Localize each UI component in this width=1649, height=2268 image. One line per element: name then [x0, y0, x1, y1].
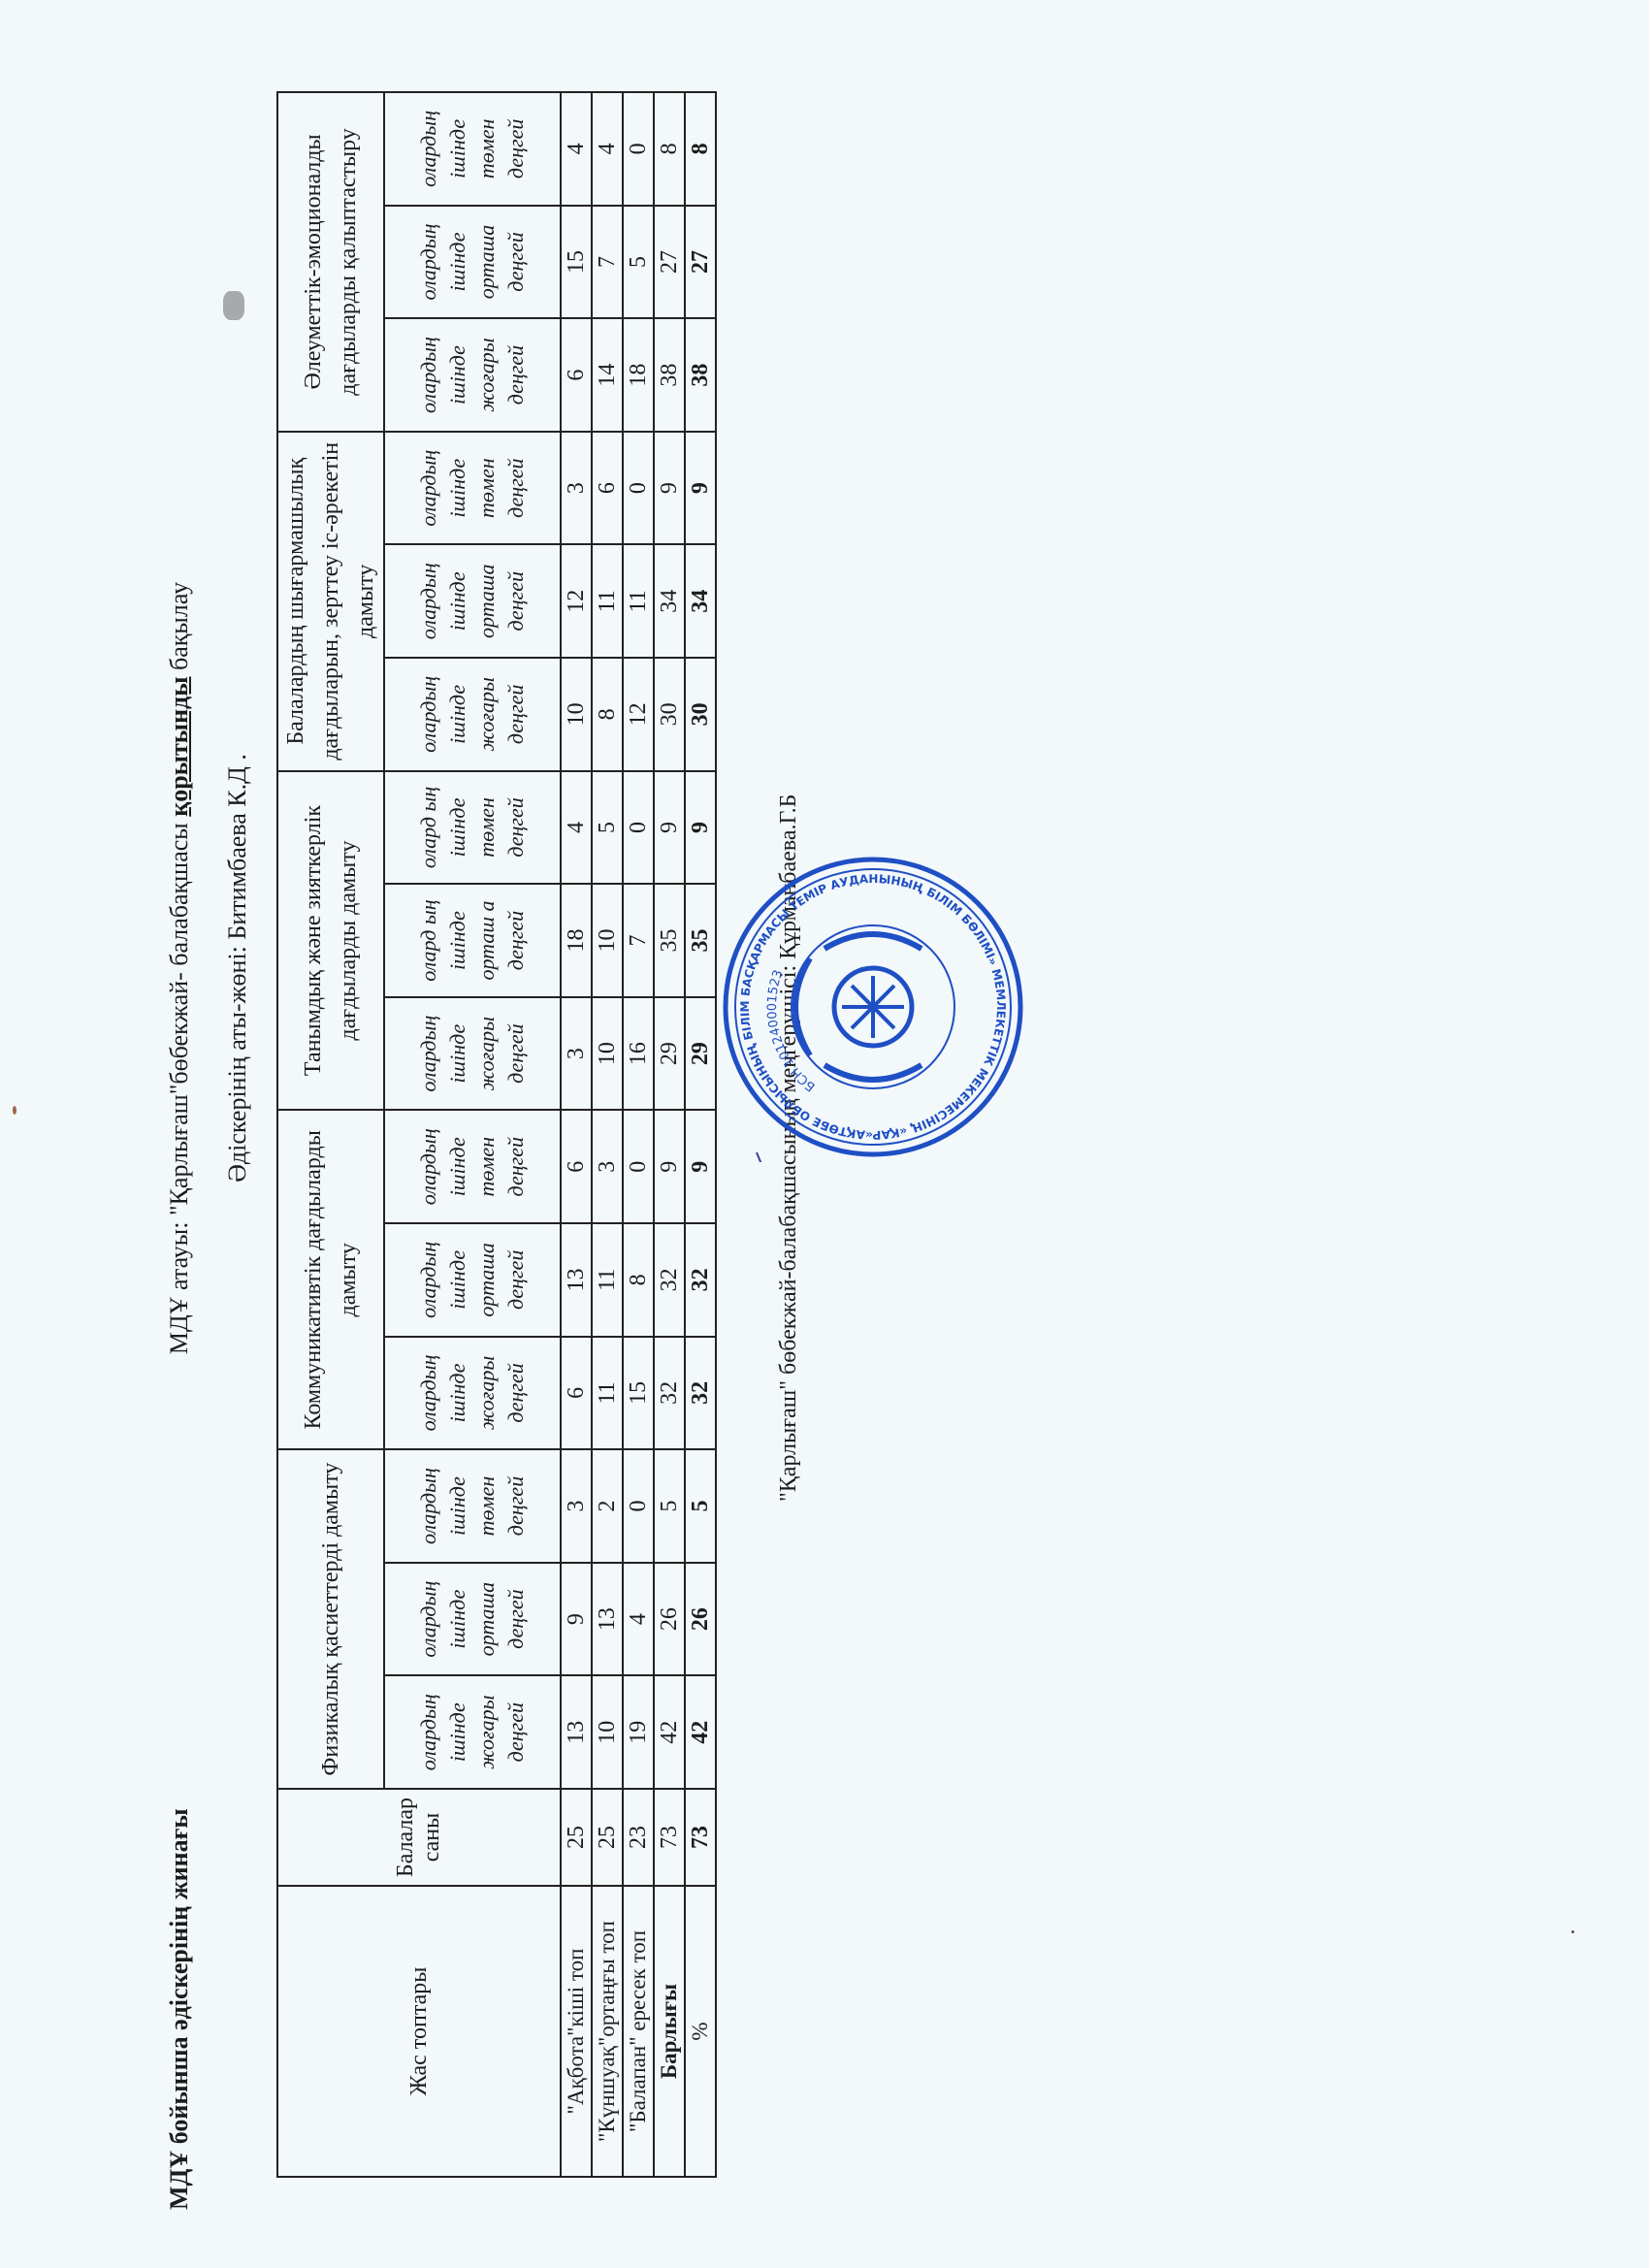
level-low-header: олардың ішінде төмен деңгей — [384, 92, 561, 206]
level-count-cell: 10 — [592, 997, 623, 1111]
level-count-cell: 32 — [654, 1337, 685, 1450]
age-group-header: Жас топтары — [277, 1886, 561, 2177]
level-count-cell: 15 — [623, 1337, 654, 1450]
table-row: "Балапан" ересек топ23194015801670121101… — [623, 92, 654, 2177]
level-low-header: олардың ішінде төмен деңгей — [384, 1110, 561, 1223]
group-header-physical: Физикалық қасиеттерді дамыту — [277, 1449, 384, 1789]
level-count-cell: 42 — [685, 1675, 716, 1789]
level-count-cell: 11 — [592, 1337, 623, 1450]
level-count-cell: 12 — [623, 658, 654, 771]
level-count-cell: 38 — [654, 318, 685, 432]
row-children-count: 73 — [654, 1789, 685, 1886]
level-count-cell: 29 — [685, 997, 716, 1111]
level-count-cell: 0 — [623, 1449, 654, 1563]
stamp-bin: БСН 101240001523 — [765, 968, 819, 1094]
level-count-cell: 34 — [654, 544, 685, 658]
level-count-cell: 3 — [561, 1449, 592, 1563]
level-count-cell: 30 — [654, 658, 685, 771]
level-count-cell: 8 — [654, 92, 685, 206]
row-children-count: 25 — [561, 1789, 592, 1886]
level-count-cell: 18 — [623, 318, 654, 432]
level-medium-header: олардың ішінде орташа деңгей — [384, 1223, 561, 1337]
level-count-cell: 18 — [561, 884, 592, 997]
level-high-header: олардың ішінде жоғары деңгей — [384, 658, 561, 771]
level-count-cell: 9 — [685, 771, 716, 885]
group-header-cognitive: Танымдық және зияткерлік дағдыларды дамы… — [277, 771, 384, 1111]
level-count-cell: 10 — [592, 1675, 623, 1789]
level-count-cell: 0 — [623, 1110, 654, 1223]
table-row: "Ақбота"кіші топ25139361363184101236154 — [561, 92, 592, 2177]
level-count-cell: 32 — [685, 1223, 716, 1337]
table-row: %734226532329293593034938278 — [685, 92, 716, 2177]
level-count-cell: 9 — [561, 1563, 592, 1676]
group-header-row: Жас топтары Балалар саны Физикалық қасие… — [277, 92, 384, 2177]
level-count-cell: 8 — [685, 92, 716, 206]
level-count-cell: 8 — [592, 658, 623, 771]
level-count-cell: 42 — [654, 1675, 685, 1789]
teacher-name-line: Әдіскерінің аты-жөні: Битимбаева К.Д . — [223, 289, 252, 1647]
level-count-cell: 2 — [592, 1449, 623, 1563]
level-medium-header: олард ың ішінде орташ а деңгей — [384, 884, 561, 997]
level-count-cell: 9 — [654, 432, 685, 545]
level-count-cell: 4 — [561, 92, 592, 206]
official-stamp-icon: «АҚТӨБЕ ОБЛЫСЫНЫҢ БІЛІМ БАСҚАРМАСЫ ТЕМІР… — [718, 852, 1028, 1162]
row-age-group: "Ақбота"кіші топ — [561, 1886, 592, 2177]
collection-heading: МДҰ бойынша әдіскерінің жинағы — [165, 1808, 194, 2210]
level-count-cell: 8 — [623, 1223, 654, 1337]
row-children-count: 73 — [685, 1789, 716, 1886]
level-count-cell: 9 — [685, 432, 716, 545]
level-count-cell: 34 — [685, 544, 716, 658]
level-count-cell: 19 — [623, 1675, 654, 1789]
level-count-cell: 5 — [592, 771, 623, 885]
level-low-header: олардың ішінде төмен деңгей — [384, 1449, 561, 1563]
row-children-count: 23 — [623, 1789, 654, 1886]
title-underlined: қорытынды — [165, 676, 193, 816]
level-count-cell: 38 — [685, 318, 716, 432]
level-count-cell: 6 — [561, 318, 592, 432]
svg-text:БСН 101240001523: БСН 101240001523 — [765, 968, 819, 1094]
level-count-cell: 10 — [561, 658, 592, 771]
level-high-header: олардың ішінде жоғары деңгей — [384, 997, 561, 1111]
level-count-cell: 12 — [561, 544, 592, 658]
row-age-group: "Балапан" ересек топ — [623, 1886, 654, 2177]
level-count-cell: 13 — [561, 1675, 592, 1789]
table-row: "Күншуақ"ортаңғы топ25101321111310105811… — [592, 92, 623, 2177]
group-header-communicative: Коммуникативтік дағдыларды дамыту — [277, 1110, 384, 1449]
level-count-cell: 11 — [592, 1223, 623, 1337]
level-count-cell: 32 — [685, 1337, 716, 1450]
level-count-cell: 0 — [623, 92, 654, 206]
document-title: МДҰ атауы: "Қарлығаш"бөбекжай- балабақша… — [165, 289, 194, 1647]
scan-speck — [1571, 1930, 1574, 1933]
level-high-header: олардың ішінде жоғары деңгей — [384, 1675, 561, 1789]
level-count-cell: 35 — [685, 884, 716, 997]
level-count-cell: 9 — [654, 1110, 685, 1223]
row-children-count: 25 — [592, 1789, 623, 1886]
scan-smudge — [223, 291, 244, 320]
level-count-cell: 7 — [592, 206, 623, 319]
level-medium-header: олардың ішінде орташа деңгей — [384, 1563, 561, 1676]
level-count-cell: 6 — [592, 432, 623, 545]
level-high-header: олардың ішінде жоғары деңгей — [384, 1337, 561, 1450]
level-count-cell: 15 — [561, 206, 592, 319]
level-count-cell: 4 — [623, 1563, 654, 1676]
level-count-cell: 5 — [685, 1449, 716, 1563]
table-row: Барлығы734226532329293593034938278 — [654, 92, 685, 2177]
level-count-cell: 5 — [654, 1449, 685, 1563]
level-count-cell: 35 — [654, 884, 685, 997]
level-count-cell: 30 — [685, 658, 716, 771]
row-age-group: Барлығы — [654, 1886, 685, 2177]
level-low-header: олардың ішінде төмен деңгей — [384, 432, 561, 545]
level-count-cell: 26 — [654, 1563, 685, 1676]
level-count-cell: 3 — [592, 1110, 623, 1223]
level-count-cell: 9 — [685, 1110, 716, 1223]
level-count-cell: 11 — [592, 544, 623, 658]
level-count-cell: 26 — [685, 1563, 716, 1676]
level-count-cell: 13 — [561, 1223, 592, 1337]
level-count-cell: 29 — [654, 997, 685, 1111]
table-body: "Ақбота"кіші топ25139361363184101236154"… — [561, 92, 716, 2177]
level-count-cell: 0 — [623, 432, 654, 545]
level-count-cell: 27 — [685, 206, 716, 319]
document-sheet: МДҰ бойынша әдіскерінің жинағы МДҰ атауы… — [0, 0, 1649, 2268]
level-count-cell: 10 — [592, 884, 623, 997]
level-count-cell: 27 — [654, 206, 685, 319]
level-count-cell: 5 — [623, 206, 654, 319]
level-count-cell: 6 — [561, 1337, 592, 1450]
group-header-social-emotional: Әлеуметтік-эмоционалды дағдыларды қалыпт… — [277, 92, 384, 432]
level-medium-header: олардың ішінде орташа деңгей — [384, 544, 561, 658]
level-count-cell: 6 — [561, 1110, 592, 1223]
row-age-group: "Күншуақ"ортаңғы топ — [592, 1886, 623, 2177]
title-prefix: МДҰ атауы: "Қарлығаш"бөбекжай- балабақша… — [165, 817, 193, 1354]
level-count-cell: 11 — [623, 544, 654, 658]
level-count-cell: 3 — [561, 997, 592, 1111]
group-header-creative: Балалардың шығармашылық дағдыларын, зерт… — [277, 432, 384, 771]
level-count-cell: 3 — [561, 432, 592, 545]
row-age-group: % — [685, 1886, 716, 2177]
level-count-cell: 14 — [592, 318, 623, 432]
level-count-cell: 4 — [561, 771, 592, 885]
scan-speck — [13, 1106, 16, 1115]
level-count-cell: 16 — [623, 997, 654, 1111]
level-medium-header: олардың ішінде орташа деңгей — [384, 206, 561, 319]
level-count-cell: 32 — [654, 1223, 685, 1337]
level-count-cell: 7 — [623, 884, 654, 997]
results-table: Жас топтары Балалар саны Физикалық қасие… — [276, 91, 717, 2178]
children-count-header: Балалар саны — [277, 1789, 561, 1886]
level-high-header: олардың ішінде жоғары деңгей — [384, 318, 561, 432]
title-suffix: бақылау — [165, 582, 193, 677]
level-count-cell: 0 — [623, 771, 654, 885]
level-count-cell: 9 — [654, 771, 685, 885]
level-count-cell: 4 — [592, 92, 623, 206]
level-low-header: олард ың ішінде төмен деңгей — [384, 771, 561, 885]
level-count-cell: 13 — [592, 1563, 623, 1676]
